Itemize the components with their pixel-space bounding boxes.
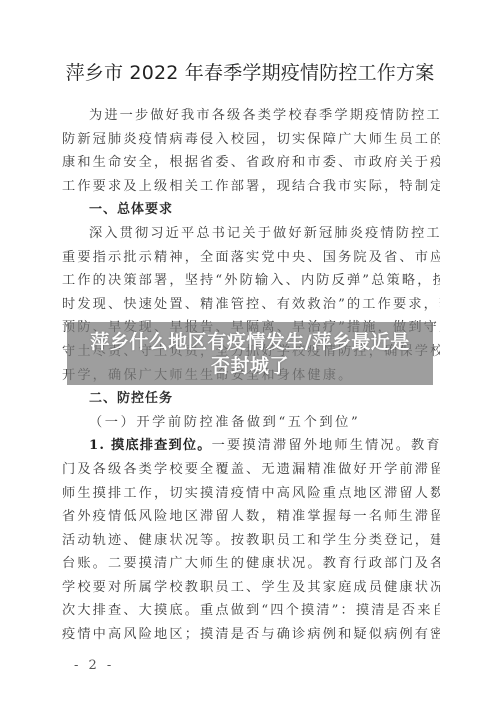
item1-first-line: 1. 摸底排查到位。一要摸清滞留外地师生情况。教育行政部: [62, 434, 440, 458]
intro-line: 工作要求及上级相关工作部署，现结合我市实际，特制定本方案。: [62, 175, 440, 199]
document-title: 萍乡市 2022 年春季学期疫情防控工作方案: [0, 58, 500, 85]
intro-line: 防新冠肺炎疫情病毒侵入校园，切实保障广大师生员工的身体健: [62, 128, 440, 152]
section1-line: 重要指示批示精神，全面落实党中央、国务院及省、市应对疫情: [62, 246, 440, 270]
section-heading-prevention-tasks: 二、防控任务: [62, 387, 440, 411]
item1-first-text: 一要摸清滞留外地师生情况。教育行政部: [212, 438, 440, 453]
item1-line: 台账。二要摸清广大师生的健康状况。教育行政部门及各级各类: [62, 552, 440, 576]
intro-line: 为进一步做好我市各级各类学校春季学期疫情防控工作，严: [62, 104, 440, 128]
headline-overlay-banner: 萍乡什么地区有疫情发生/萍乡最近是否封城了: [67, 322, 433, 385]
item1-line: 学校要对所属学校教职员工、学生及其家庭成员健康状况进行一: [62, 576, 440, 600]
item1-line: 门及各级各类学校要全覆盖、无遗漏精准做好开学前滞留外地的: [62, 458, 440, 482]
section1-line: 工作的决策部署，坚持“外防输入、内防反弹”总策略，按照“及: [62, 269, 440, 293]
item1-line: 省外疫情低风险地区滞留人数，精准掌握每一名师生滞留地点、: [62, 505, 440, 529]
item1-line: 师生摸排工作，切实摸清疫情中高风险重点地区滞留人数，摸清: [62, 482, 440, 506]
headline-overlay-text: 萍乡什么地区有疫情发生/萍乡最近是否封城了: [85, 330, 415, 378]
item1-line: 疫情中高风险地区；摸清是否与确诊病例和疑似病例有密切接: [62, 623, 440, 647]
document-page: 萍乡市 2022 年春季学期疫情防控工作方案 为进一步做好我市各级各类学校春季学…: [0, 0, 500, 708]
item1-line: 活动轨迹、健康状况等。按教职员工和学生分类登记，建立电子: [62, 529, 440, 553]
section1-line: 深入贯彻习近平总书记关于做好新冠肺炎疫情防控工作的: [62, 222, 440, 246]
intro-line: 康和生命安全，根据省委、省政府和市委、市政府关于疫情防控: [62, 151, 440, 175]
item1-line: 次大排查、大摸底。重点做到“四个摸清”：摸清是否来自或滞留: [62, 599, 440, 623]
section-heading-general-requirements: 一、总体要求: [62, 198, 440, 222]
section-subheading: （一）开学前防控准备做到“五个到位”: [62, 411, 440, 435]
item1-lead: 1. 摸底排查到位。: [89, 438, 212, 453]
section1-line: 时发现、快速处置、精准管控、有效救治”的工作要求，落实“早: [62, 293, 440, 317]
page-number: - 2 -: [74, 658, 114, 673]
